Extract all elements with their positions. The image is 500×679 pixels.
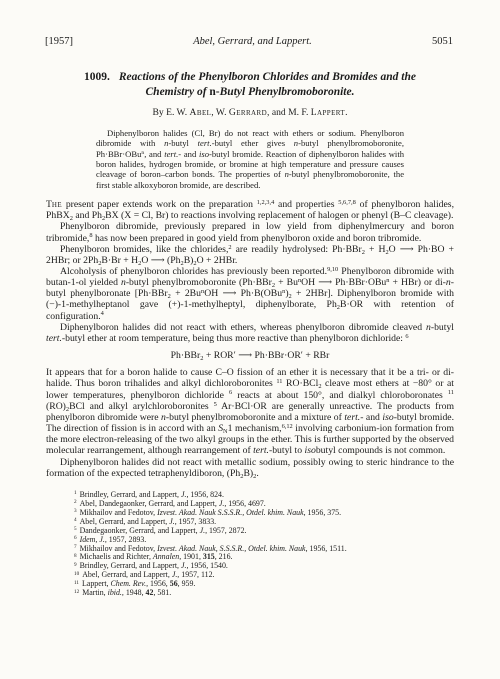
footnote-marker: 9 bbox=[74, 562, 77, 568]
abstract: Diphenylboron halides (Cl, Br) do not re… bbox=[96, 128, 404, 190]
footnote-marker: 2 bbox=[74, 499, 77, 505]
page-number: 5051 bbox=[432, 36, 453, 47]
footnote-marker: 3 bbox=[74, 508, 77, 514]
displayed-equation: Ph·BBr2 + ROR′ ⟶ Ph·BBr·OR′ + RBr bbox=[46, 350, 454, 361]
paragraph-6: It appears that for a boron halide to ca… bbox=[46, 367, 454, 456]
footnote-marker: 5 bbox=[74, 526, 77, 532]
paragraph-5: Diphenylboron halides did not react with… bbox=[46, 322, 454, 344]
footnote-marker: 1 bbox=[74, 490, 77, 496]
footnote-marker: 6 bbox=[74, 535, 77, 541]
footnote-text: Brindley, Gerrard, and Lappert, J., 1956… bbox=[80, 561, 228, 570]
paragraph-4: Alcoholysis of phenylboron chlorides has… bbox=[46, 266, 454, 322]
byline: By E. W. Abel, W. Gerrard, and M. F. Lap… bbox=[0, 107, 500, 118]
footnote-text: Michaelis and Richter, Annalen, 1901, 31… bbox=[80, 552, 233, 561]
footnote-text: Abel, Gerrard, and Lappert, J., 1957, 38… bbox=[80, 517, 217, 526]
article-title: 1009.Reactions of the Phenylboron Chlori… bbox=[61, 70, 439, 99]
footnote-marker: 8 bbox=[74, 553, 77, 559]
footnote-text: Abel, Dandegaonker, Gerrard, and Lappert… bbox=[80, 499, 266, 508]
footnote-text: Idem, J., 1957, 2893. bbox=[80, 535, 147, 544]
footnote-marker: 10 bbox=[74, 571, 79, 577]
paragraph-7: Diphenylboron halides did not react with… bbox=[46, 457, 454, 479]
footnote: 12Martin, ibid., 1948, 42, 581. bbox=[74, 589, 454, 598]
footnote-text: Abel, Gerrard, and Lappert, J., 1957, 11… bbox=[82, 570, 214, 579]
footnote-text: Dandegaonker, Gerrard, and Lappert, J., … bbox=[80, 526, 247, 535]
footnote-marker: 4 bbox=[74, 517, 77, 523]
footnotes: 1Brindley, Gerrard, and Lappert, J., 195… bbox=[74, 491, 454, 598]
footnote-text: Mikhailov and Fedotov, Izvest. Akad. Nau… bbox=[80, 544, 347, 553]
paragraph-1: The present paper extends work on the pr… bbox=[46, 199, 454, 221]
article-number: 1009. bbox=[84, 71, 110, 83]
paragraph-2: Phenylboron dibromide, previously prepar… bbox=[46, 221, 454, 243]
running-title: Abel, Gerrard, and Lappert. bbox=[193, 36, 312, 47]
footnote-text: Brindley, Gerrard, and Lappert, J., 1956… bbox=[80, 490, 224, 499]
footnote-text: Mikhailov and Fedotov, Izvest. Akad. Nau… bbox=[80, 508, 341, 517]
footnote-text: Lappert, Chem. Rev., 1956, 56, 959. bbox=[82, 579, 195, 588]
paragraph-3: Phenylboron bromides, like the chlorides… bbox=[46, 244, 454, 266]
article-body: The present paper extends work on the pr… bbox=[46, 199, 454, 479]
article-title-text: Reactions of the Phenylboron Chlorides a… bbox=[119, 71, 416, 98]
footnote-marker: 11 bbox=[74, 580, 79, 586]
journal-page: [1957] Abel, Gerrard, and Lappert. 5051 … bbox=[0, 0, 500, 679]
footnote-marker: 12 bbox=[74, 589, 79, 595]
footnote-text: Martin, ibid., 1948, 42, 581. bbox=[82, 588, 171, 597]
page-header: [1957] Abel, Gerrard, and Lappert. 5051 bbox=[0, 0, 500, 47]
issue-year: [1957] bbox=[45, 36, 73, 47]
footnote-marker: 7 bbox=[74, 544, 77, 550]
